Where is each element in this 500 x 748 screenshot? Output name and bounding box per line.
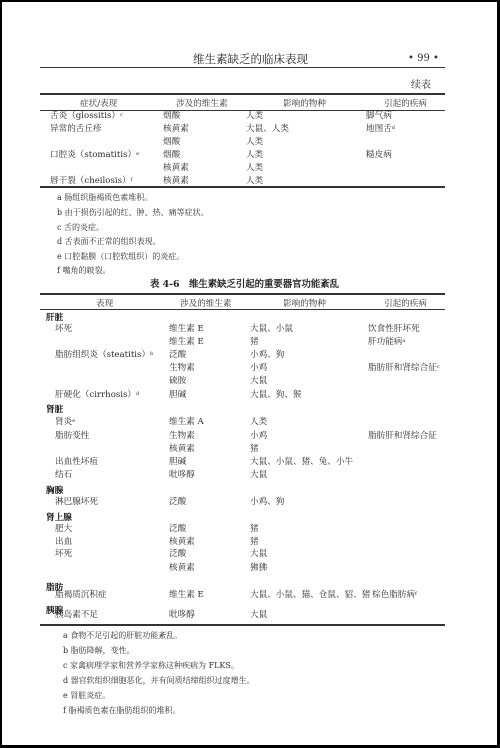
symptom-cell: 脂肪组织炎（steatitis）b bbox=[55, 350, 153, 361]
table-top-rule bbox=[40, 293, 445, 295]
column-header: 引起的疾病 bbox=[384, 297, 427, 309]
vitamin-cell-text: 生物素 bbox=[169, 363, 195, 373]
column-header: 涉及的维生素 bbox=[180, 297, 232, 309]
disease-cell-text: 脂肪肝和肾综合征 bbox=[368, 363, 437, 373]
disease-cell: 脚气病 bbox=[366, 111, 392, 122]
symptom-cell-text: 异常的舌丘疹 bbox=[50, 124, 102, 134]
symptom-cell: 坏死 bbox=[55, 324, 72, 335]
vitamin-cell: 烟酸 bbox=[163, 137, 180, 148]
symptom-cell: 胰岛素不足 bbox=[55, 610, 98, 621]
vitamin-cell: 烟酸 bbox=[163, 111, 180, 122]
species-cell-text: 猪 bbox=[250, 337, 259, 347]
disease-cell-text: 棕色脂肪病 bbox=[372, 590, 415, 600]
species-cell: 大鼠、小鼠 bbox=[250, 324, 293, 335]
header-bottom-rule bbox=[40, 309, 445, 310]
vitamin-cell-text: 吡哆醇 bbox=[169, 610, 195, 620]
column-header: 影响的物种 bbox=[283, 297, 326, 309]
column-header: 表现 bbox=[96, 297, 113, 309]
disease-cell: 糙皮病 bbox=[366, 150, 392, 161]
species-cell: 猪 bbox=[250, 337, 259, 348]
footnote: f 脂褐质色素在脂肪组织的堆积。 bbox=[63, 705, 181, 716]
symptom-cell-text: 脂肪变性 bbox=[55, 431, 89, 441]
species-cell-text: 猪 bbox=[250, 444, 259, 454]
symptom-cell: 结石 bbox=[55, 470, 72, 481]
species-cell-text: 大鼠、小鼠、猪、兔、小牛 bbox=[250, 457, 353, 467]
vitamin-cell-text: 维生素 E bbox=[169, 337, 204, 347]
vitamin-cell: 核黄素 bbox=[169, 537, 195, 548]
section-label-text: 胸腺 bbox=[46, 486, 63, 496]
footnote-text: e 口腔黏膜（口腔软组织）的炎症。 bbox=[57, 252, 184, 261]
vitamin-cell-text: 烟酸 bbox=[163, 137, 180, 147]
vitamin-cell: 核黄素 bbox=[163, 163, 189, 174]
footnote-text: a 肠组织脂褐质色素堆积。 bbox=[57, 193, 152, 202]
vitamin-cell-text: 核黄素 bbox=[163, 124, 189, 134]
vitamin-cell: 维生素 E bbox=[169, 337, 204, 348]
footnote: b 由于损伤引起的红、肿、热、痛等症状。 bbox=[57, 207, 209, 218]
vitamin-cell-text: 核黄素 bbox=[169, 444, 195, 454]
species-cell-text: 大鼠、狗、猴 bbox=[250, 390, 302, 400]
disease-cell-text: 糙皮病 bbox=[366, 150, 392, 160]
species-cell: 人类 bbox=[250, 417, 267, 428]
symptom-cell-text: 脂褐质沉积症 bbox=[55, 590, 107, 600]
footnote-marker: a bbox=[402, 338, 405, 344]
species-cell-text: 小鸡 bbox=[250, 363, 267, 373]
vitamin-cell: 泛酸 bbox=[169, 497, 186, 508]
species-cell-text: 人类 bbox=[246, 150, 263, 160]
vitamin-cell: 胆碱 bbox=[169, 390, 186, 401]
symptom-cell: 肝硬化（cirrhosis）d bbox=[55, 390, 139, 401]
footnote-marker: f bbox=[131, 177, 133, 183]
symptom-cell: 坏死 bbox=[55, 549, 72, 560]
page-number: • 99 • bbox=[408, 53, 439, 64]
symptom-cell: 肾炎e bbox=[55, 417, 75, 428]
symptom-cell-text: 肾炎 bbox=[55, 417, 72, 427]
disease-cell-text: 肝功能病 bbox=[368, 337, 402, 347]
vitamin-cell: 吡哆醇 bbox=[169, 470, 195, 481]
section-label-text: 肾脏 bbox=[46, 405, 63, 415]
section-label-text: 肝脏 bbox=[46, 313, 63, 323]
symptom-cell-text: 淋巴腺坏死 bbox=[55, 497, 98, 507]
vitamin-cell: 泛酸 bbox=[169, 524, 186, 535]
symptom-cell-text: 出血性坏疽 bbox=[55, 457, 98, 467]
species-cell-text: 猪 bbox=[250, 524, 259, 534]
symptom-cell: 舌炎（glossitis）c bbox=[50, 111, 123, 122]
symptom-cell: 口腔炎（stomatitis）e bbox=[50, 150, 139, 161]
footnote: d 舌表面不正常的组织表现。 bbox=[57, 236, 161, 247]
species-cell: 大鼠 bbox=[250, 610, 267, 621]
vitamin-cell-text: 维生素 A bbox=[169, 417, 204, 427]
footnote-text: c 舌的炎症。 bbox=[57, 223, 104, 232]
section-label: 胸腺 bbox=[46, 484, 63, 496]
disease-cell-text: 脚气病 bbox=[366, 111, 392, 121]
species-cell: 人类 bbox=[246, 150, 263, 161]
table-caption: 表 4-6 维生素缺乏引起的重要器官功能紊乱 bbox=[150, 276, 339, 290]
footnote: c 家禽病理学家和营养学家称这种疾病为 FLKS。 bbox=[63, 660, 239, 671]
footnote-text: f 脂褐质色素在脂肪组织的堆积。 bbox=[63, 706, 181, 715]
vitamin-cell-text: 核黄素 bbox=[169, 563, 195, 573]
species-cell-text: 小鸡 bbox=[250, 431, 267, 441]
vitamin-cell-text: 维生素 E bbox=[169, 590, 204, 600]
vitamin-cell: 生物素 bbox=[169, 431, 195, 442]
species-cell: 猪 bbox=[250, 537, 259, 548]
species-cell-text: 大鼠、人类 bbox=[246, 124, 289, 134]
symptom-cell-text: 坏死 bbox=[55, 324, 72, 334]
section-label: 肾脏 bbox=[46, 403, 63, 415]
species-cell: 大鼠 bbox=[250, 470, 267, 481]
symptom-cell-text: 坏死 bbox=[55, 549, 72, 559]
species-cell: 小鸡、狗 bbox=[250, 350, 284, 361]
running-title: 维生素缺乏的临床表现 bbox=[193, 51, 308, 67]
species-cell: 大鼠、人类 bbox=[246, 124, 289, 135]
vitamin-cell: 维生素 E bbox=[169, 324, 204, 335]
species-cell: 大鼠、小鼠、猫、仓鼠、貂、猪 bbox=[250, 590, 370, 601]
vitamin-cell: 吡哆醇 bbox=[169, 610, 195, 621]
species-cell-text: 人类 bbox=[246, 137, 263, 147]
footnote: e 肾脏炎症。 bbox=[63, 690, 110, 701]
vitamin-cell-text: 泛酸 bbox=[169, 524, 186, 534]
species-cell-text: 人类 bbox=[246, 163, 263, 173]
symptom-cell-text: 结石 bbox=[55, 470, 72, 480]
vitamin-cell: 硫胺 bbox=[169, 376, 186, 387]
species-cell-text: 小鸡、狗 bbox=[250, 350, 284, 360]
species-cell: 小鸡 bbox=[250, 431, 267, 442]
table-top-rule bbox=[40, 93, 445, 95]
species-cell-text: 大鼠、小鼠、猫、仓鼠、貂、猪 bbox=[250, 590, 370, 600]
footnote-marker: f bbox=[415, 591, 417, 597]
vitamin-cell-text: 核黄素 bbox=[163, 176, 189, 186]
footnote: a 食物不足引起的肝脏功能紊乱。 bbox=[63, 630, 182, 641]
table-bottom-rule bbox=[40, 624, 445, 626]
vitamin-cell-text: 泛酸 bbox=[169, 549, 186, 559]
footnote: e 口腔黏膜（口腔软组织）的炎症。 bbox=[57, 251, 184, 262]
species-cell: 大鼠 bbox=[250, 549, 267, 560]
footnote-text: a 食物不足引起的肝脏功能紊乱。 bbox=[63, 631, 182, 640]
symptom-cell-text: 肥大 bbox=[55, 524, 72, 534]
vitamin-cell: 泛酸 bbox=[169, 350, 186, 361]
column-header: 影响的物种 bbox=[283, 97, 326, 109]
symptom-cell: 肥大 bbox=[55, 524, 72, 535]
footnote-text: d 器官软组织细胞恶化，并有间质结缔组织过度增生。 bbox=[63, 676, 255, 685]
species-cell-text: 大鼠 bbox=[250, 470, 267, 480]
footnote-text: f 嘴角的皲裂。 bbox=[57, 266, 111, 275]
species-cell-text: 人类 bbox=[246, 111, 263, 121]
symptom-cell: 脂肪变性 bbox=[55, 431, 89, 442]
vitamin-cell-text: 烟酸 bbox=[163, 150, 180, 160]
footnote-text: b 由于损伤引起的红、肿、热、痛等症状。 bbox=[57, 208, 209, 217]
disease-cell: 脂肪肝和肾综合征c bbox=[368, 363, 440, 374]
species-cell: 狒狒 bbox=[250, 563, 267, 574]
footnote-marker: b bbox=[150, 351, 153, 357]
species-cell: 小鸡 bbox=[250, 363, 267, 374]
vitamin-cell: 维生素 E bbox=[169, 590, 204, 601]
footnote: f 嘴角的皲裂。 bbox=[57, 265, 111, 276]
section-label: 肾上腺 bbox=[46, 511, 72, 523]
vitamin-cell: 胆碱 bbox=[169, 457, 186, 468]
species-cell: 猪 bbox=[250, 444, 259, 455]
footnote-marker: e bbox=[136, 151, 139, 157]
column-header: 引起的疾病 bbox=[384, 97, 427, 109]
species-cell-text: 大鼠 bbox=[250, 549, 267, 559]
symptom-cell-text: 舌炎（glossitis） bbox=[50, 111, 120, 121]
section-label: 肝脏 bbox=[46, 311, 63, 323]
footnote-marker: e bbox=[72, 418, 75, 424]
footnote: d 器官软组织细胞恶化，并有间质结缔组织过度增生。 bbox=[63, 675, 255, 686]
vitamin-cell-text: 泛酸 bbox=[169, 497, 186, 507]
symptom-cell: 出血 bbox=[55, 537, 72, 548]
vitamin-cell-text: 核黄素 bbox=[169, 537, 195, 547]
vitamin-cell-text: 胆碱 bbox=[169, 390, 186, 400]
disease-cell: 棕色脂肪病f bbox=[372, 590, 417, 601]
symptom-cell: 淋巴腺坏死 bbox=[55, 497, 98, 508]
species-cell: 人类 bbox=[246, 137, 263, 148]
footnote-text: d 舌表面不正常的组织表现。 bbox=[57, 237, 161, 246]
vitamin-cell: 维生素 A bbox=[169, 417, 204, 428]
footnote: c 舌的炎症。 bbox=[57, 222, 104, 233]
vitamin-cell-text: 胆碱 bbox=[169, 457, 186, 467]
vitamin-cell: 核黄素 bbox=[169, 444, 195, 455]
symptom-cell: 出血性坏疽 bbox=[55, 457, 98, 468]
footnote-marker: c bbox=[120, 112, 123, 118]
species-cell: 人类 bbox=[246, 163, 263, 174]
vitamin-cell-text: 泛酸 bbox=[169, 350, 186, 360]
symptom-cell-text: 唇干裂（cheilosis） bbox=[50, 176, 131, 186]
header-rule bbox=[40, 67, 445, 68]
column-header: 涉及的维生素 bbox=[176, 97, 228, 109]
symptom-cell-text: 口腔炎（stomatitis） bbox=[50, 150, 136, 160]
disease-cell-text: 脂肪肝和肾综合征 bbox=[368, 431, 437, 441]
species-cell: 人类 bbox=[246, 111, 263, 122]
disease-cell: 肝功能病a bbox=[368, 337, 405, 348]
vitamin-cell-text: 生物素 bbox=[169, 431, 195, 441]
vitamin-cell-text: 烟酸 bbox=[163, 111, 180, 121]
species-cell: 大鼠、小鼠、猪、兔、小牛 bbox=[250, 457, 353, 468]
table-bottom-rule bbox=[40, 186, 445, 188]
disease-cell: 地图舌d bbox=[366, 124, 395, 135]
vitamin-cell: 泛酸 bbox=[169, 549, 186, 560]
species-cell: 大鼠、狗、猴 bbox=[250, 390, 302, 401]
symptom-cell-text: 肝硬化（cirrhosis） bbox=[55, 390, 136, 400]
vitamin-cell-text: 吡哆醇 bbox=[169, 470, 195, 480]
disease-cell: 饮食性肝坏死 bbox=[368, 324, 420, 335]
species-cell-text: 人类 bbox=[250, 417, 267, 427]
vitamin-cell-text: 维生素 E bbox=[169, 324, 204, 334]
species-cell-text: 人类 bbox=[246, 176, 263, 186]
disease-cell: 脂肪肝和肾综合征 bbox=[368, 431, 437, 442]
disease-cell-text: 地图舌 bbox=[366, 124, 392, 134]
footnote-text: c 家禽病理学家和营养学家称这种疾病为 FLKS。 bbox=[63, 661, 239, 670]
species-cell-text: 猪 bbox=[250, 537, 259, 547]
symptom-cell-text: 出血 bbox=[55, 537, 72, 547]
species-cell: 小鸡、狗 bbox=[250, 497, 284, 508]
species-cell: 猪 bbox=[250, 524, 259, 535]
species-cell-text: 大鼠 bbox=[250, 376, 267, 386]
symptom-cell: 脂褐质沉积症 bbox=[55, 590, 107, 601]
footnote-marker: c bbox=[437, 364, 440, 370]
vitamin-cell: 核黄素 bbox=[163, 124, 189, 135]
species-cell-text: 大鼠 bbox=[250, 610, 267, 620]
footnote: b 脂肪降解，变性。 bbox=[63, 645, 135, 656]
vitamin-cell-text: 核黄素 bbox=[163, 163, 189, 173]
vitamin-cell-text: 硫胺 bbox=[169, 376, 186, 386]
symptom-cell: 异常的舌丘疹 bbox=[50, 124, 102, 135]
column-header: 症状/表现 bbox=[80, 97, 117, 109]
footnote-marker: d bbox=[392, 125, 395, 131]
footnote-text: b 脂肪降解，变性。 bbox=[63, 646, 135, 655]
species-cell-text: 小鸡、狗 bbox=[250, 497, 284, 507]
footnote-text: e 肾脏炎症。 bbox=[63, 691, 110, 700]
vitamin-cell: 生物素 bbox=[169, 363, 195, 374]
footnote: a 肠组织脂褐质色素堆积。 bbox=[57, 192, 152, 203]
section-label-text: 肾上腺 bbox=[46, 513, 72, 523]
footnote-marker: d bbox=[136, 391, 139, 397]
symptom-cell-text: 脂肪组织炎（steatitis） bbox=[55, 350, 150, 360]
continued-label: 续表 bbox=[411, 80, 431, 91]
species-cell: 大鼠 bbox=[250, 376, 267, 387]
symptom-cell-text: 胰岛素不足 bbox=[55, 610, 98, 620]
species-cell-text: 大鼠、小鼠 bbox=[250, 324, 293, 334]
vitamin-cell: 核黄素 bbox=[169, 563, 195, 574]
vitamin-cell: 烟酸 bbox=[163, 150, 180, 161]
disease-cell-text: 饮食性肝坏死 bbox=[368, 324, 420, 334]
species-cell-text: 狒狒 bbox=[250, 563, 267, 573]
